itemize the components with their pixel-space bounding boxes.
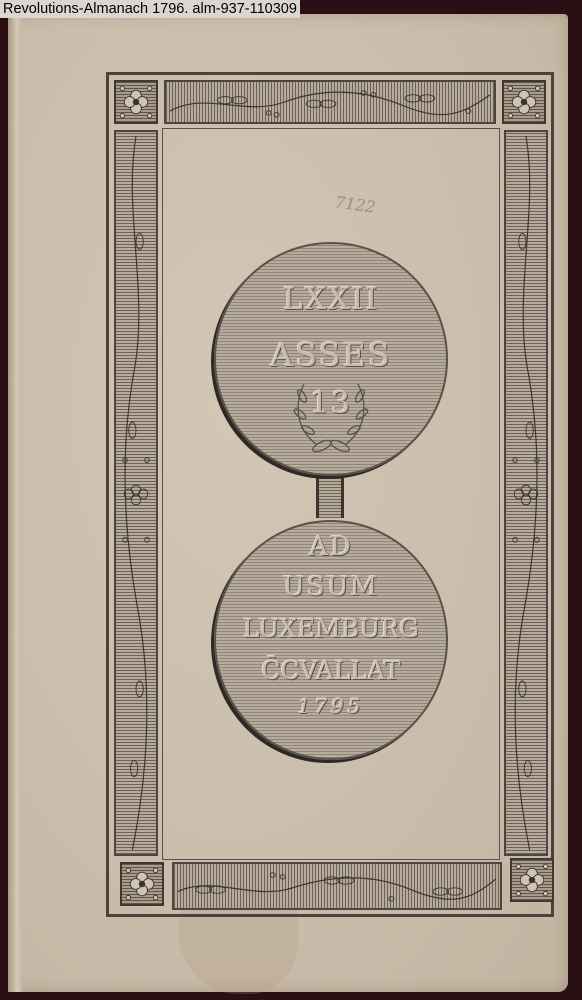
medal-text-ccvallat: C̄CVALLAT [216, 656, 446, 685]
rosette-icon [504, 82, 544, 122]
image-title-label: Revolutions-Almanach 1796. alm-937-11030… [0, 0, 300, 18]
medal-text-lxxii: LXXII [216, 282, 446, 317]
corner-bottom-right [510, 858, 554, 902]
floral-vine-icon [174, 864, 500, 908]
corner-top-left [114, 80, 158, 124]
bottom-medal: AD USUM LUXEMBURG C̄CVALLAT 1795 [214, 520, 448, 760]
rosette-icon [122, 864, 162, 904]
medal-text-usum: USUM [216, 572, 446, 602]
corner-bottom-left [120, 862, 164, 906]
medal-text-year: 1795 [216, 694, 446, 718]
rosette-icon [512, 860, 552, 900]
rosette-icon [116, 82, 156, 122]
medal-text-ad: AD [216, 532, 446, 562]
top-medal: LXXII ASSES 13 [214, 242, 448, 476]
right-border-band [504, 130, 548, 856]
medal-text-luxemburg: LUXEMBURG [216, 614, 446, 643]
left-border-band [114, 130, 158, 856]
bottom-border-band [172, 862, 502, 910]
corner-top-right [502, 80, 546, 124]
medal-text-asses: ASSES [216, 336, 446, 374]
floral-vine-icon [506, 132, 546, 854]
spine-edge [8, 14, 22, 992]
floral-vine-icon [116, 132, 156, 854]
floral-vine-icon [166, 82, 494, 122]
medal-text-value: 13 [216, 386, 446, 421]
top-border-band [164, 80, 496, 124]
